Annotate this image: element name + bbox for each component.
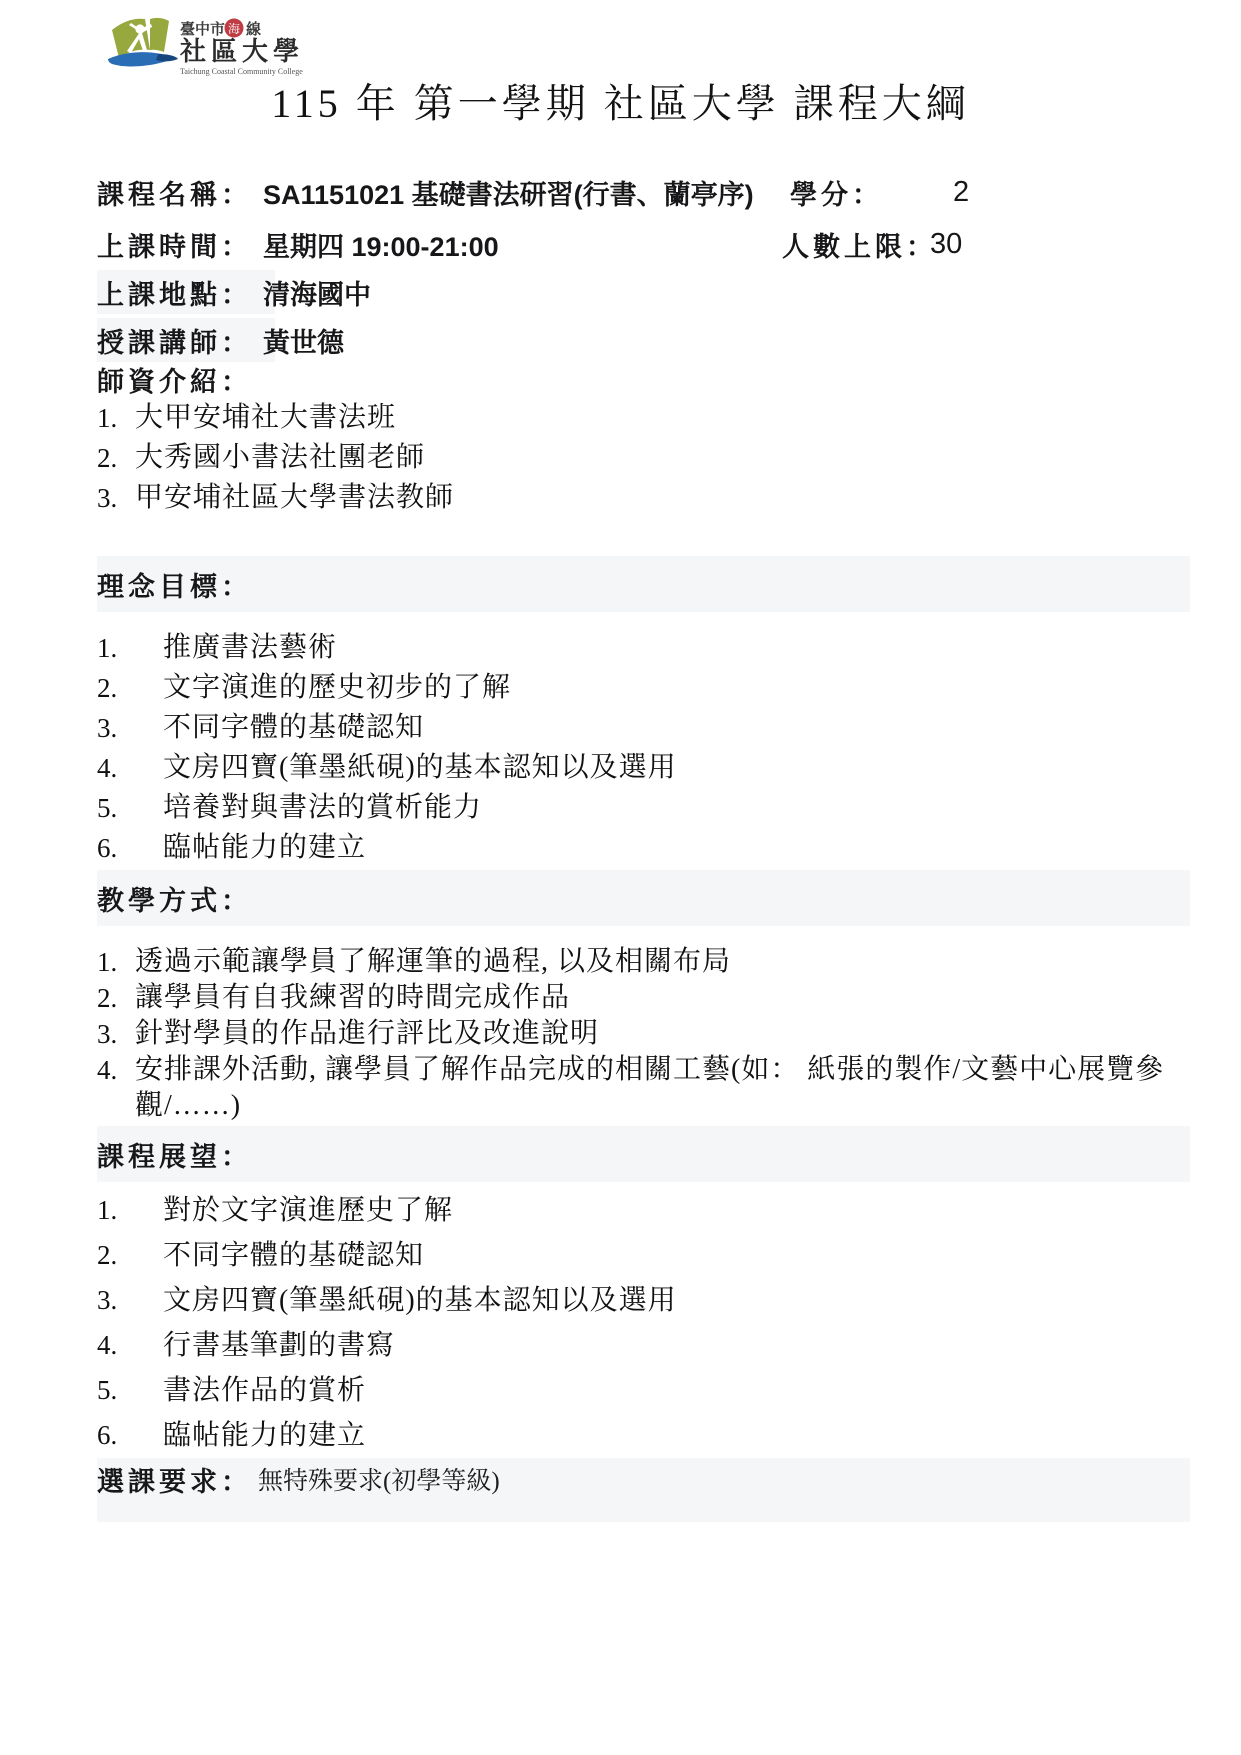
book-figure-icon xyxy=(108,18,178,67)
location-row: 上課地點： 清海國中 xyxy=(97,270,1190,314)
list-item: 5.培養對與書法的賞析能力 xyxy=(97,788,1190,828)
list-item: 2.文字演進的歷史初步的了解 xyxy=(97,668,1190,708)
list-item: 2.不同字體的基礎認知 xyxy=(97,1233,1190,1278)
item-number: 3. xyxy=(97,708,163,748)
requirement-band: 選課要求： 無特殊要求(初學等級) xyxy=(97,1458,1190,1522)
logo-region-suffix: 線 xyxy=(245,20,261,38)
item-text: 推廣書法藝術 xyxy=(163,628,1190,668)
logo-college-name: 社區大學 xyxy=(179,37,304,66)
list-item: 1.推廣書法藝術 xyxy=(97,628,1190,668)
item-text: 不同字體的基礎認知 xyxy=(163,1233,1190,1278)
list-item: 3.針對學員的作品進行評比及改進說明 xyxy=(97,1016,1190,1052)
item-number: 5. xyxy=(97,788,163,828)
list-item: 3.文房四寶(筆墨紙硯)的基本認知以及選用 xyxy=(97,1278,1190,1323)
item-number: 2. xyxy=(97,1233,163,1278)
item-text: 書法作品的賞析 xyxy=(163,1368,1190,1413)
class-time-row: 上課時間： 星期四 19:00-21:00 人數上限： 30 xyxy=(97,222,1190,266)
list-item: 6.臨帖能力的建立 xyxy=(97,1413,1190,1458)
item-text: 臨帖能力的建立 xyxy=(163,1413,1190,1458)
item-text: 文房四寶(筆墨紙硯)的基本認知以及選用 xyxy=(163,748,1190,788)
item-text: 對於文字演進歷史了解 xyxy=(163,1188,1190,1233)
list-item: 4.文房四寶(筆墨紙硯)的基本認知以及選用 xyxy=(97,748,1190,788)
item-number: 4. xyxy=(97,748,163,788)
item-number: 2. xyxy=(97,980,135,1016)
class-time-value: 星期四 19:00-21:00 xyxy=(263,222,499,266)
outlook-heading-band: 課程展望： xyxy=(97,1126,1190,1182)
methods-heading-band: 教學方式： xyxy=(97,870,1190,926)
list-item: 1.對於文字演進歷史了解 xyxy=(97,1188,1190,1233)
item-number: 4. xyxy=(97,1323,163,1368)
credits-label: 學分： xyxy=(790,170,883,214)
requirement-label: 選課要求： xyxy=(97,1460,252,1504)
item-text: 行書基筆劃的書寫 xyxy=(163,1323,1190,1368)
course-name-row: 課程名稱： SA1151021 基礎書法研習(行書、蘭亭序) 學分： 2 xyxy=(97,170,1190,214)
list-item: 5.書法作品的賞析 xyxy=(97,1368,1190,1413)
location-label: 上課地點： xyxy=(97,270,275,314)
goals-heading-band: 理念目標： xyxy=(97,556,1190,612)
teacher-intro-list: 1.大甲安埔社大書法班 2.大秀國小書法社團老師 3.甲安埔社區大學書法教師 xyxy=(97,398,1190,518)
logo-region-text: 臺中市 xyxy=(180,20,225,38)
capacity-value: 30 xyxy=(930,222,962,266)
goals-list: 1.推廣書法藝術 2.文字演進的歷史初步的了解 3.不同字體的基礎認知 4.文房… xyxy=(97,628,1190,868)
item-text: 大甲安埔社大書法班 xyxy=(135,398,1190,438)
methods-list: 1.透過示範讓學員了解運筆的過程, 以及相關布局 2.讓學員有自我練習的時間完成… xyxy=(97,944,1190,1124)
item-text: 透過示範讓學員了解運筆的過程, 以及相關布局 xyxy=(135,944,1190,980)
list-item: 1.大甲安埔社大書法班 xyxy=(97,398,1190,438)
item-text: 文字演進的歷史初步的了解 xyxy=(163,668,1190,708)
item-number: 1. xyxy=(97,944,135,980)
item-number: 5. xyxy=(97,1368,163,1413)
list-item: 3.甲安埔社區大學書法教師 xyxy=(97,478,1190,518)
item-number: 2. xyxy=(97,668,163,708)
teacher-intro-heading: 師資介紹： xyxy=(97,360,252,399)
item-number: 1. xyxy=(97,1188,163,1233)
item-number: 2. xyxy=(97,438,135,478)
item-number: 3. xyxy=(97,1016,135,1052)
class-time-label: 上課時間： xyxy=(97,222,275,266)
item-text: 不同字體的基礎認知 xyxy=(163,708,1190,748)
list-item: 4.行書基筆劃的書寫 xyxy=(97,1323,1190,1368)
item-text: 讓學員有自我練習的時間完成作品 xyxy=(135,980,1190,1016)
list-item: 1.透過示範讓學員了解運筆的過程, 以及相關布局 xyxy=(97,944,1190,980)
item-text: 文房四寶(筆墨紙硯)的基本認知以及選用 xyxy=(163,1278,1190,1323)
item-number: 6. xyxy=(97,828,163,868)
list-item: 2.讓學員有自我練習的時間完成作品 xyxy=(97,980,1190,1016)
item-text: 安排課外活動, 讓學員了解作品完成的相關工藝(如： 紙張的製作/文藝中心展覽參觀… xyxy=(135,1052,1190,1124)
goals-heading: 理念目標： xyxy=(97,565,252,604)
item-number: 3. xyxy=(97,1278,163,1323)
item-number: 3. xyxy=(97,478,135,518)
list-item: 3.不同字體的基礎認知 xyxy=(97,708,1190,748)
item-text: 臨帖能力的建立 xyxy=(163,828,1190,868)
logo-seal-char: 海 xyxy=(228,22,240,36)
course-name-value: SA1151021 基礎書法研習(行書、蘭亭序) xyxy=(263,170,754,214)
list-item: 2.大秀國小書法社團老師 xyxy=(97,438,1190,478)
item-number: 6. xyxy=(97,1413,163,1458)
course-name-label: 課程名稱： xyxy=(97,170,275,214)
methods-heading: 教學方式： xyxy=(97,879,252,918)
capacity-label: 人數上限： xyxy=(782,222,937,266)
instructor-row: 授課講師： 黃世德 xyxy=(97,318,1190,362)
item-text: 培養對與書法的賞析能力 xyxy=(163,788,1190,828)
outlook-heading: 課程展望： xyxy=(97,1135,252,1174)
location-value: 清海國中 xyxy=(263,270,371,314)
instructor-label: 授課講師： xyxy=(97,318,275,362)
requirement-value: 無特殊要求(初學等級) xyxy=(258,1460,500,1504)
credits-value: 2 xyxy=(953,170,969,214)
item-number: 1. xyxy=(97,398,135,438)
page-title: 115 年 第一學期 社區大學 課程大綱 xyxy=(0,72,1241,129)
instructor-value: 黃世德 xyxy=(263,318,344,362)
item-number: 4. xyxy=(97,1052,135,1088)
outlook-list: 1.對於文字演進歷史了解 2.不同字體的基礎認知 3.文房四寶(筆墨紙硯)的基本… xyxy=(97,1188,1190,1458)
item-number: 1. xyxy=(97,628,163,668)
list-item: 4.安排課外活動, 讓學員了解作品完成的相關工藝(如： 紙張的製作/文藝中心展覽… xyxy=(97,1052,1190,1124)
list-item: 6.臨帖能力的建立 xyxy=(97,828,1190,868)
item-text: 針對學員的作品進行評比及改進說明 xyxy=(135,1016,1190,1052)
item-text: 大秀國小書法社團老師 xyxy=(135,438,1190,478)
course-outline-document: 臺中市 海 線 社區大學 Taichung Coastal Community … xyxy=(0,0,1241,1755)
item-text: 甲安埔社區大學書法教師 xyxy=(135,478,1190,518)
